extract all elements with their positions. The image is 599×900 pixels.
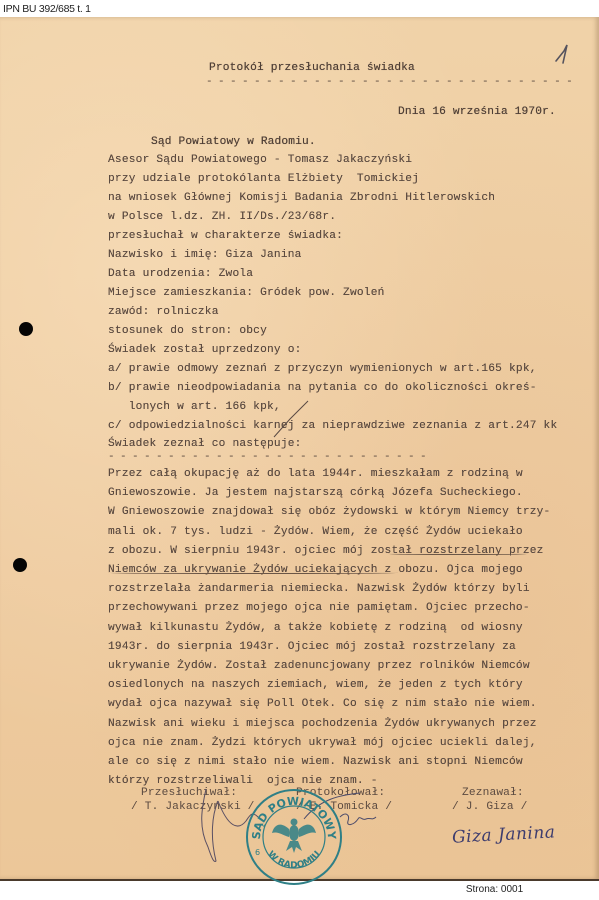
punch-hole-bottom	[13, 558, 27, 572]
witness-relation: stosunek do stron: obcy	[108, 325, 267, 337]
testimony-line: wywał kilkunastu Żydów, a także kobietę …	[108, 622, 523, 634]
testimony-line: Niemców za ukrywanie Żydów uciekających …	[108, 564, 523, 576]
testimony-heading-underline: - - - - - - - - - - - - - - - - - - - - …	[108, 451, 426, 463]
testimony-line: rozstrzelała żandarmeria niemiecka. Nazw…	[108, 583, 530, 595]
testimony-line: mali ok. 7 tys. ludzi - Żydów. Wiem, że …	[108, 526, 523, 538]
testimony-line: wydał ojca nazywał się Poll Otek. Co się…	[108, 698, 537, 710]
pen-underline	[388, 552, 528, 555]
court-stamp: SĄD POWIATOWY W RADOMIU 6	[244, 787, 344, 887]
title-underline: - - - - - - - - - - - - - - - - - - - - …	[206, 76, 572, 88]
witness-residence: Miejsce zamieszkania: Gródek pow. Zwoleń	[108, 287, 385, 299]
testimony-line: Nazwisk ani wieku i miejsca pochodzenia …	[108, 718, 537, 730]
witness-signature-handwritten: Giza Janina	[452, 822, 556, 847]
pen-underline	[108, 571, 398, 574]
witness-birth: Data urodzenia: Zwola	[108, 268, 253, 280]
warning-item: c/ odpowiedzialności karnej za nieprawdz…	[108, 420, 557, 432]
pen-tick-mark	[272, 399, 312, 439]
testimony-line: osiedlonych na naszych ziemiach, wiem, ż…	[108, 679, 523, 691]
witness-printed-name: / J. Giza /	[452, 801, 528, 813]
witness-name: Nazwisko i imię: Giza Janina	[108, 249, 302, 261]
testimony-line: ale co się z nimi stało nie wiem. Nazwis…	[108, 756, 523, 768]
warning-item: a/ prawie odmowy zeznań z przyczyn wymie…	[108, 363, 537, 375]
folio-number-handwritten	[550, 39, 580, 69]
document-date: Dnia 16 września 1970r.	[398, 106, 556, 118]
preamble-line: Asesor Sądu Powiatowego - Tomasz Jakaczy…	[108, 154, 412, 166]
preamble-line: przesłuchał w charakterze świadka:	[108, 230, 343, 242]
warning-item: b/ prawie nieodpowiadania na pytania co …	[108, 382, 537, 394]
witness-label: Zeznawał:	[462, 787, 524, 799]
preamble-line: w Polsce l.dz. ZH. II/Ds./23/68r.	[108, 211, 336, 223]
testimony-line: Gniewoszowie. Ja jestem najstarszą córką…	[108, 487, 523, 499]
testimony-line: ojca nie znam. Żydzi których ukrywał mój…	[108, 737, 537, 749]
testimony-heading: Świadek zeznał co następuje:	[108, 438, 302, 450]
warning-item: lonych w art. 166 kpk,	[108, 401, 281, 413]
preamble-line: przy udziale protokólanta Elżbiety Tomic…	[108, 173, 419, 185]
testimony-line: którzy rozstrzeliwali ojca nie znam. -	[108, 775, 378, 787]
archive-reference: IPN BU 392/685 t. 1	[3, 3, 91, 15]
testimony-line: Przez całą okupację aż do lata 1944r. mi…	[108, 468, 523, 480]
testimony-line: przechowywani przez mojego ojca nie pami…	[108, 602, 530, 614]
witness-occupation: zawód: rolniczka	[108, 306, 219, 318]
page-footer: Strona: 0001	[0, 884, 599, 895]
document-title: Protokół przesłuchania świadka	[209, 62, 415, 74]
preamble-line: na wniosek Głównej Komisji Badania Zbrod…	[108, 192, 495, 204]
document-page: Protokół przesłuchania świadka - - - - -…	[0, 17, 599, 881]
punch-hole-top	[19, 322, 33, 336]
testimony-line: 1943r. do sierpnia 1943r. Ojciec mój zos…	[108, 641, 516, 653]
testimony-line: W Gniewoszowie znajdował się obóz żydows…	[108, 506, 550, 518]
svg-text:6: 6	[255, 848, 260, 857]
testimony-line: ukrywanie Żydów. Został zadenuncjowany p…	[108, 660, 530, 672]
warning-intro: Świadek został uprzedzony o:	[108, 344, 302, 356]
court-name: Sąd Powiatowy w Radomiu.	[151, 136, 316, 148]
